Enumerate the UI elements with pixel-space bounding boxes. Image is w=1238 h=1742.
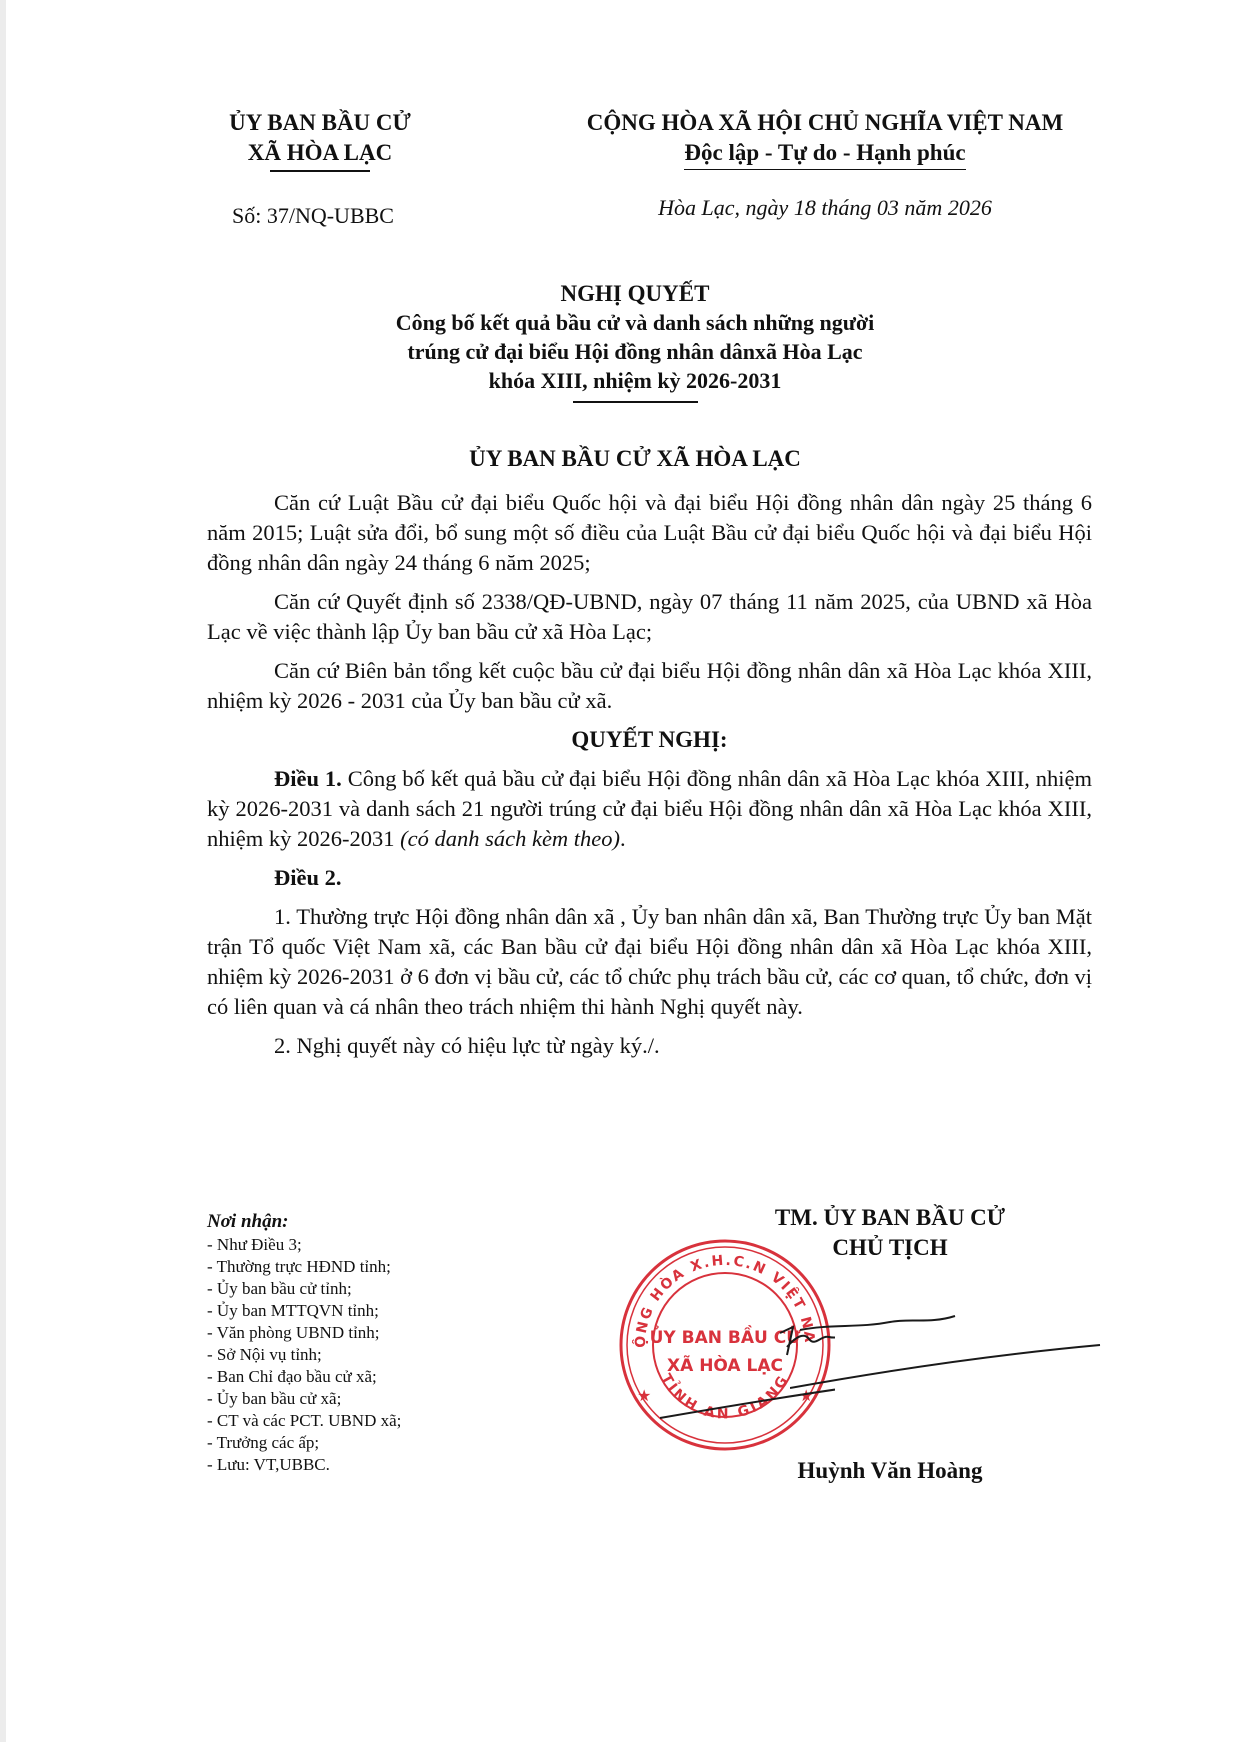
title-line-3: khóa XIII, nhiệm kỳ 2026-2031 — [195, 366, 1075, 395]
article-1-label: Điều 1. — [274, 766, 342, 791]
issuing-organization: ỦY BAN BẦU CỬ XÃ HÒA LẠC — [225, 108, 415, 172]
recipients-heading: Nơi nhận: — [207, 1211, 401, 1233]
recipient-item: - Trưởng các ấp; — [207, 1432, 401, 1454]
org-line-2: XÃ HÒA LẠC — [225, 138, 415, 168]
document-title: NGHỊ QUYẾT Công bố kết quả bầu cử và dan… — [195, 279, 1075, 403]
svg-text:ỦY BAN BẦU CỬ: ỦY BAN BẦU CỬ — [650, 1324, 802, 1348]
national-heading: CỘNG HÒA XÃ HỘI CHỦ NGHĨA VIỆT NAM Độc l… — [545, 108, 1105, 170]
document-body: Căn cứ Luật Bầu cử đại biểu Quốc hội và … — [207, 488, 1092, 1070]
on-behalf-of: TM. ỦY BAN BẦU CỬ — [700, 1203, 1080, 1233]
recipient-item: - Ủy ban bầu cử xã; — [207, 1388, 401, 1410]
recipient-item: - Ủy ban MTTQVN tỉnh; — [207, 1300, 401, 1322]
svg-text:★: ★ — [637, 1386, 651, 1405]
signer-name: Huỳnh Văn Hoàng — [700, 1458, 1080, 1484]
org-line-1: ỦY BAN BẦU CỬ — [225, 108, 415, 138]
signature-icon — [790, 1300, 1110, 1400]
document-type: NGHỊ QUYẾT — [195, 279, 1075, 308]
article-2-item-1: 1. Thường trực Hội đồng nhân dân xã , Ủy… — [207, 902, 1092, 1022]
issuer-heading: ỦY BAN BẦU CỬ XÃ HÒA LẠC — [195, 446, 1075, 472]
recipient-item: - Lưu: VT,UBBC. — [207, 1454, 401, 1476]
recipient-item: - Ban Chỉ đạo bầu cử xã; — [207, 1366, 401, 1388]
recipient-item: - Như Điều 3; — [207, 1234, 401, 1256]
national-motto: Độc lập - Tự do - Hạnh phúc — [684, 138, 965, 170]
document-number: Số: 37/NQ-UBBC — [232, 203, 394, 229]
place-and-date: Hòa Lạc, ngày 18 tháng 03 năm 2026 — [545, 195, 1105, 221]
preamble-2: Căn cứ Quyết định số 2338/QĐ-UBND, ngày … — [207, 587, 1092, 647]
title-line-1: Công bố kết quả bầu cử và danh sách nhữn… — [195, 308, 1075, 337]
title-rule — [573, 401, 698, 403]
title-line-2: trúng cử đại biểu Hội đồng nhân dânxã Hò… — [195, 337, 1075, 366]
recipients-list: Nơi nhận: - Như Điều 3; - Thường trực HĐ… — [207, 1211, 401, 1476]
article-1: Điều 1. Công bố kết quả bầu cử đại biểu … — [207, 764, 1092, 854]
recipient-item: - Sở Nội vụ tỉnh; — [207, 1344, 401, 1366]
article-2-item-2: 2. Nghị quyết này có hiệu lực từ ngày ký… — [207, 1031, 1092, 1061]
preamble-3: Căn cứ Biên bản tổng kết cuộc bầu cử đại… — [207, 656, 1092, 716]
article-1-note: (có danh sách kèm theo) — [400, 826, 620, 851]
org-underline — [270, 170, 370, 172]
nation-name: CỘNG HÒA XÃ HỘI CHỦ NGHĨA VIỆT NAM — [545, 108, 1105, 138]
article-1-end: . — [620, 826, 626, 851]
recipient-item: - Ủy ban bầu cử tỉnh; — [207, 1278, 401, 1300]
preamble-1: Căn cứ Luật Bầu cử đại biểu Quốc hội và … — [207, 488, 1092, 578]
recipient-item: - Thường trực HĐND tỉnh; — [207, 1256, 401, 1278]
svg-text:XÃ HÒA LẠC: XÃ HÒA LẠC — [667, 1353, 783, 1376]
recipient-item: - Văn phòng UBND tỉnh; — [207, 1322, 401, 1344]
page-edge — [0, 0, 6, 1742]
recipient-item: - CT và các PCT. UBND xã; — [207, 1410, 401, 1432]
decision-heading: QUYẾT NGHỊ: — [207, 725, 1092, 755]
article-2-label: Điều 2. — [207, 863, 1092, 893]
